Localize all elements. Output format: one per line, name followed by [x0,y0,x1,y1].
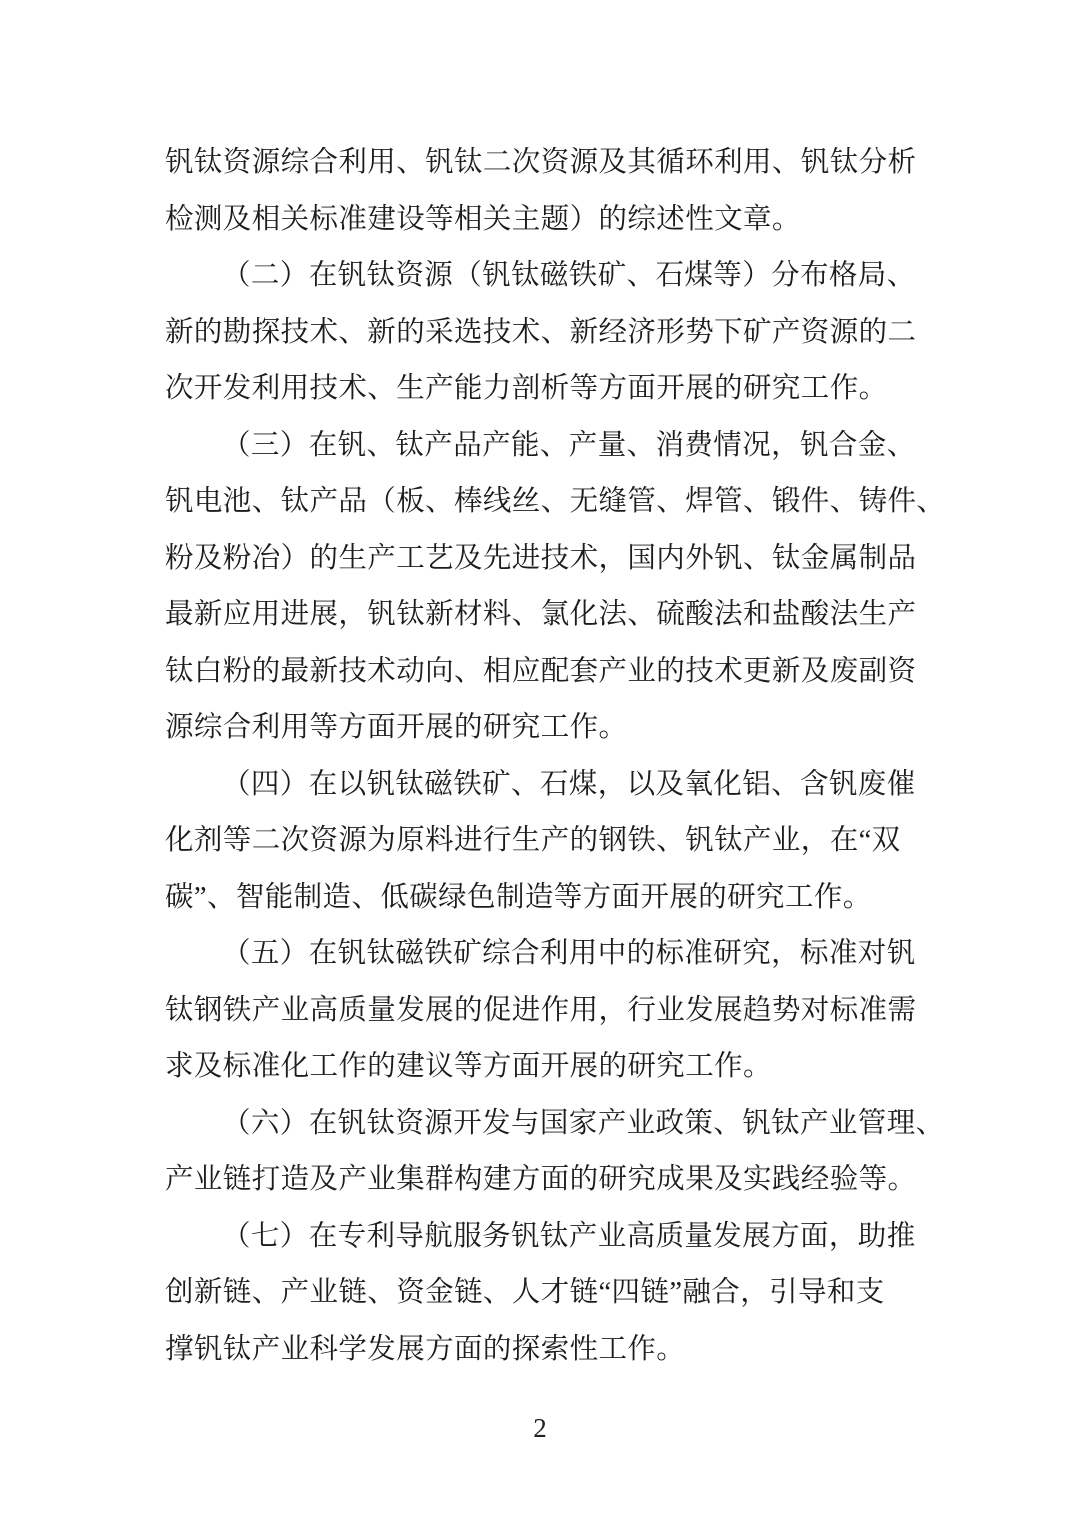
paragraph: （三）在钒、钛产品产能、产量、消费情况，钒合金、钒电池、钛产品（板、棒线丝、无缝… [165,418,918,757]
text-line: （二）在钒钛资源（钒钛磁铁矿、石煤等）分布格局、 [165,248,918,305]
text-line: 钛白粉的最新技术动向、相应配套产业的技术更新及废副资 [165,644,918,701]
text-line: 源综合利用等方面开展的研究工作。 [165,700,918,757]
paragraph: （四）在以钒钛磁铁矿、石煤，以及氧化铝、含钒废催化剂等二次资源为原料进行生产的钢… [165,757,918,927]
text-line: 钛钢铁产业高质量发展的促进作用，行业发展趋势对标准需 [165,983,918,1040]
text-line: （五）在钒钛磁铁矿综合利用中的标准研究，标准对钒 [165,926,918,983]
document-body: 钒钛资源综合利用、钒钛二次资源及其循环利用、钒钛分析检测及相关标准建设等相关主题… [165,135,918,1378]
paragraph: （六）在钒钛资源开发与国家产业政策、钒钛产业管理、产业链打造及产业集群构建方面的… [165,1096,918,1209]
text-line: 次开发利用技术、生产能力剖析等方面开展的研究工作。 [165,361,918,418]
text-line: 钒钛资源综合利用、钒钛二次资源及其循环利用、钒钛分析 [165,135,918,192]
text-line: 钒电池、钛产品（板、棒线丝、无缝管、焊管、锻件、铸件、 [165,474,918,531]
page-number: 2 [533,1413,547,1443]
text-line: （三）在钒、钛产品产能、产量、消费情况，钒合金、 [165,418,918,475]
document-page: 钒钛资源综合利用、钒钛二次资源及其循环利用、钒钛分析检测及相关标准建设等相关主题… [0,0,1080,1527]
text-line: （六）在钒钛资源开发与国家产业政策、钒钛产业管理、 [165,1096,918,1153]
paragraph: （五）在钒钛磁铁矿综合利用中的标准研究，标准对钒钛钢铁产业高质量发展的促进作用，… [165,926,918,1096]
text-line: 求及标准化工作的建议等方面开展的研究工作。 [165,1039,918,1096]
paragraph: （七）在专利导航服务钒钛产业高质量发展方面，助推创新链、产业链、资金链、人才链“… [165,1209,918,1379]
text-line: 撑钒钛产业科学发展方面的探索性工作。 [165,1322,918,1379]
text-line: 碳”、智能制造、低碳绿色制造等方面开展的研究工作。 [165,870,918,927]
text-line: 产业链打造及产业集群构建方面的研究成果及实践经验等。 [165,1152,918,1209]
text-line: 创新链、产业链、资金链、人才链“四链”融合，引导和支 [165,1265,918,1322]
text-line: 化剂等二次资源为原料进行生产的钢铁、钒钛产业，在“双 [165,813,918,870]
page-footer: 2 [0,1408,1080,1448]
text-line: （七）在专利导航服务钒钛产业高质量发展方面，助推 [165,1209,918,1266]
paragraph: 钒钛资源综合利用、钒钛二次资源及其循环利用、钒钛分析检测及相关标准建设等相关主题… [165,135,918,248]
text-line: 粉及粉冶）的生产工艺及先进技术，国内外钒、钛金属制品 [165,531,918,588]
text-line: （四）在以钒钛磁铁矿、石煤，以及氧化铝、含钒废催 [165,757,918,814]
text-line: 最新应用进展，钒钛新材料、氯化法、硫酸法和盐酸法生产 [165,587,918,644]
paragraph: （二）在钒钛资源（钒钛磁铁矿、石煤等）分布格局、新的勘探技术、新的采选技术、新经… [165,248,918,418]
text-line: 检测及相关标准建设等相关主题）的综述性文章。 [165,192,918,249]
text-line: 新的勘探技术、新的采选技术、新经济形势下矿产资源的二 [165,305,918,362]
